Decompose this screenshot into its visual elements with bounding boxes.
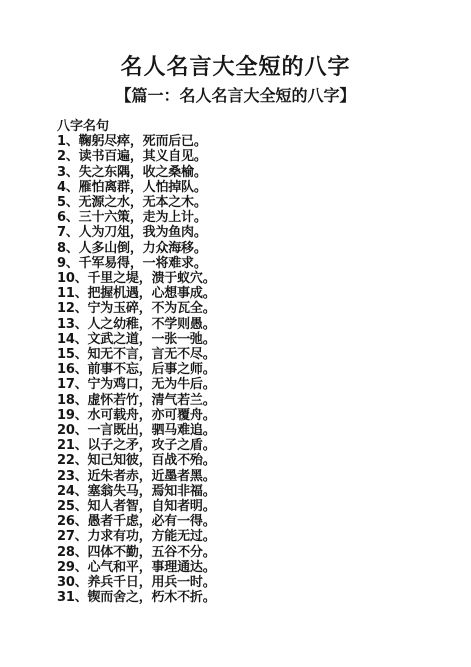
quote-line: 11、把握机遇，心想事成。 xyxy=(57,286,471,301)
section-heading: 八字名句 xyxy=(57,119,471,134)
quote-line: 16、前事不忘，后事之师。 xyxy=(57,362,471,377)
quote-line: 18、虚怀若竹，清气若兰。 xyxy=(57,393,471,408)
quote-line: 12、宁为玉碎，不为瓦全。 xyxy=(57,301,471,316)
quote-list: 1、鞠躬尽瘁，死而后已。2、读书百遍，其义自见。3、失之东隅，收之桑榆。4、雁怕… xyxy=(57,134,471,605)
quote-line: 1、鞠躬尽瘁，死而后已。 xyxy=(57,134,471,149)
quote-line: 24、塞翁失马，焉知非福。 xyxy=(57,484,471,499)
quote-line: 21、以子之矛，攻子之盾。 xyxy=(57,438,471,453)
quote-line: 23、近朱者赤，近墨者黑。 xyxy=(57,469,471,484)
quote-line: 14、文武之道，一张一弛。 xyxy=(57,332,471,347)
quote-line: 20、一言既出，驷马难追。 xyxy=(57,423,471,438)
quote-line: 29、心气和平，事理通达。 xyxy=(57,560,471,575)
quote-line: 5、无源之水，无本之木。 xyxy=(57,195,471,210)
quote-line: 19、水可载舟，亦可覆舟。 xyxy=(57,408,471,423)
chapter-subtitle: 【篇一：名人名言大全短的八字】 xyxy=(0,86,471,108)
quote-line: 27、力求有功，方能无过。 xyxy=(57,529,471,544)
quote-line: 10、千里之堤，溃于蚁穴。 xyxy=(57,271,471,286)
quote-line: 31、锲而舍之，朽木不折。 xyxy=(57,590,471,605)
quote-line: 15、知无不言，言无不尽。 xyxy=(57,347,471,362)
quote-line: 4、雁怕离群，人怕掉队。 xyxy=(57,180,471,195)
quote-line: 8、人多山倒，力众海移。 xyxy=(57,241,471,256)
quote-line: 22、知己知彼，百战不殆。 xyxy=(57,453,471,468)
quote-line: 6、三十六策，走为上计。 xyxy=(57,210,471,225)
quote-line: 2、读书百遍，其义自见。 xyxy=(57,149,471,164)
quote-line: 25、知人者智，自知者明。 xyxy=(57,499,471,514)
quote-line: 3、失之东隅，收之桑榆。 xyxy=(57,165,471,180)
quote-line: 13、人之幼稚，不学则愚。 xyxy=(57,317,471,332)
quote-line: 30、养兵千日，用兵一时。 xyxy=(57,575,471,590)
page-title: 名人名言大全短的八字 xyxy=(0,52,471,82)
quote-line: 7、人为刀俎，我为鱼肉。 xyxy=(57,225,471,240)
quote-line: 26、愚者千虑，必有一得。 xyxy=(57,514,471,529)
quote-line: 17、宁为鸡口，无为牛后。 xyxy=(57,377,471,392)
document-page: 名人名言大全短的八字 【篇一：名人名言大全短的八字】 八字名句 1、鞠躬尽瘁，死… xyxy=(0,0,471,667)
quote-line: 28、四体不勤，五谷不分。 xyxy=(57,545,471,560)
quote-line: 9、千军易得，一将难求。 xyxy=(57,256,471,271)
